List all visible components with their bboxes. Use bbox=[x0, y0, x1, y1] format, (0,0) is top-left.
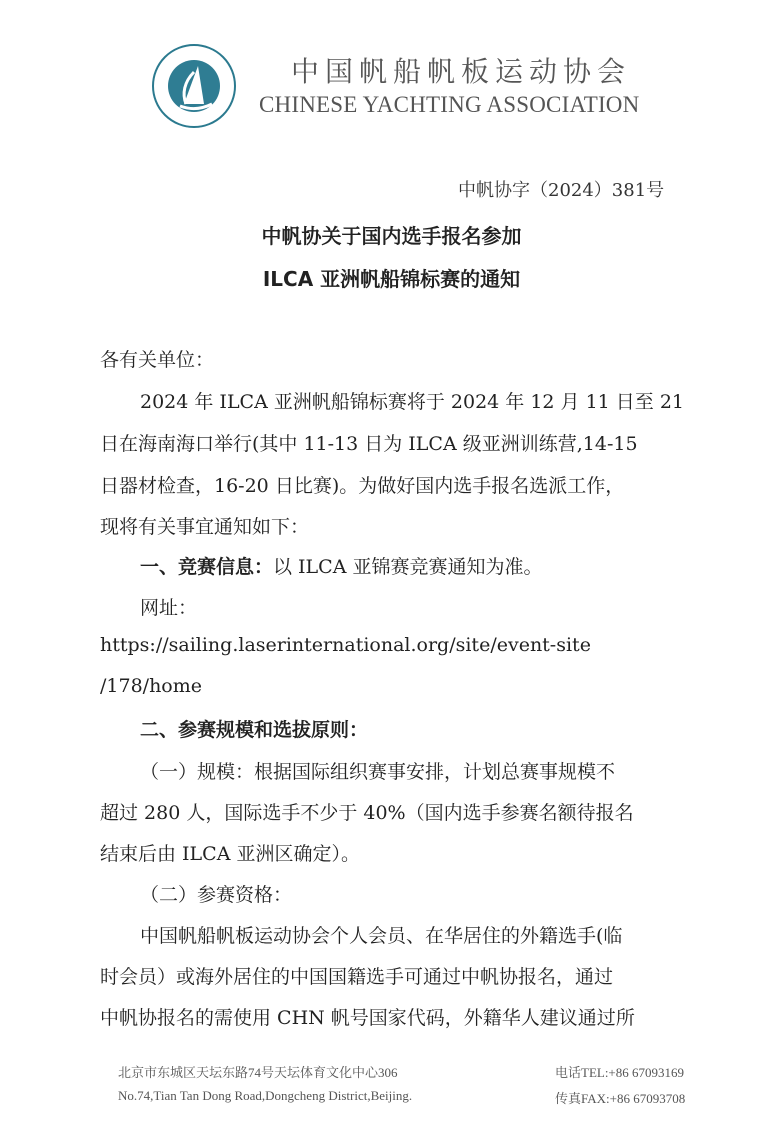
event-url-line2[interactable]: /178/home bbox=[100, 675, 202, 697]
section2-heading: 二、参赛规模和选拔原则： bbox=[140, 715, 368, 742]
eligibility-heading: （二）参赛资格： bbox=[140, 880, 292, 907]
section1-heading: 一、竞赛信息： bbox=[140, 556, 273, 578]
eligibility-line: 中国帆船帆板运动协会个人会员、在华居住的外籍选手(临 bbox=[140, 921, 622, 948]
document-number: 中帆协字（2024）381号 bbox=[458, 176, 664, 202]
section1-paragraph: 一、竞赛信息：以 ILCA 亚锦赛竞赛通知为准。 bbox=[140, 552, 542, 579]
document-title-line2: ILCA 亚洲帆船锦标赛的通知 bbox=[0, 263, 783, 292]
intro-line: 现将有关事宜通知如下： bbox=[100, 512, 309, 539]
intro-line: 日器材检查，16-20 日比赛)。为做好国内选手报名选派工作， bbox=[100, 471, 624, 498]
footer-fax: 传真FAX:+86 67093708 bbox=[555, 1088, 685, 1107]
footer-address-cn: 北京市东城区天坛东路74号天坛体育文化中心306 bbox=[118, 1062, 398, 1081]
salutation: 各有关单位： bbox=[100, 345, 214, 372]
footer-tel: 电话TEL:+86 67093169 bbox=[555, 1062, 684, 1081]
scale-line: （一）规模：根据国际组织赛事安排，计划总赛事规模不 bbox=[140, 757, 615, 784]
sailboat-icon bbox=[154, 46, 238, 130]
scale-line: 结束后由 ILCA 亚洲区确定）。 bbox=[100, 839, 360, 866]
association-logo bbox=[152, 44, 236, 128]
intro-line: 日在海南海口举行(其中 11-13 日为 ILCA 级亚洲训练营,14-15 bbox=[100, 429, 638, 456]
footer-address-en: No.74,Tian Tan Dong Road,Dongcheng Distr… bbox=[118, 1088, 412, 1104]
url-label: 网址： bbox=[140, 593, 197, 620]
document-title-line1: 中帆协关于国内选手报名参加 bbox=[0, 220, 783, 249]
eligibility-line: 中帆协报名的需使用 CHN 帆号国家代码，外籍华人建议通过所 bbox=[100, 1003, 635, 1030]
scale-line: 超过 280 人，国际选手不少于 40%（国内选手参赛名额待报名 bbox=[100, 798, 634, 825]
org-name-en: CHINESE YACHTING ASSOCIATION bbox=[259, 92, 639, 118]
org-name-cn: 中国帆船帆板运动协会 bbox=[291, 50, 631, 90]
section1-text: 以 ILCA 亚锦赛竞赛通知为准。 bbox=[273, 556, 542, 578]
intro-line: 2024 年 ILCA 亚洲帆船锦标赛将于 2024 年 12 月 11 日至 … bbox=[140, 387, 684, 414]
eligibility-line: 时会员）或海外居住的中国国籍选手可通过中帆协报名，通过 bbox=[100, 962, 613, 989]
event-url-line1[interactable]: https://sailing.laserinternational.org/s… bbox=[100, 634, 591, 656]
